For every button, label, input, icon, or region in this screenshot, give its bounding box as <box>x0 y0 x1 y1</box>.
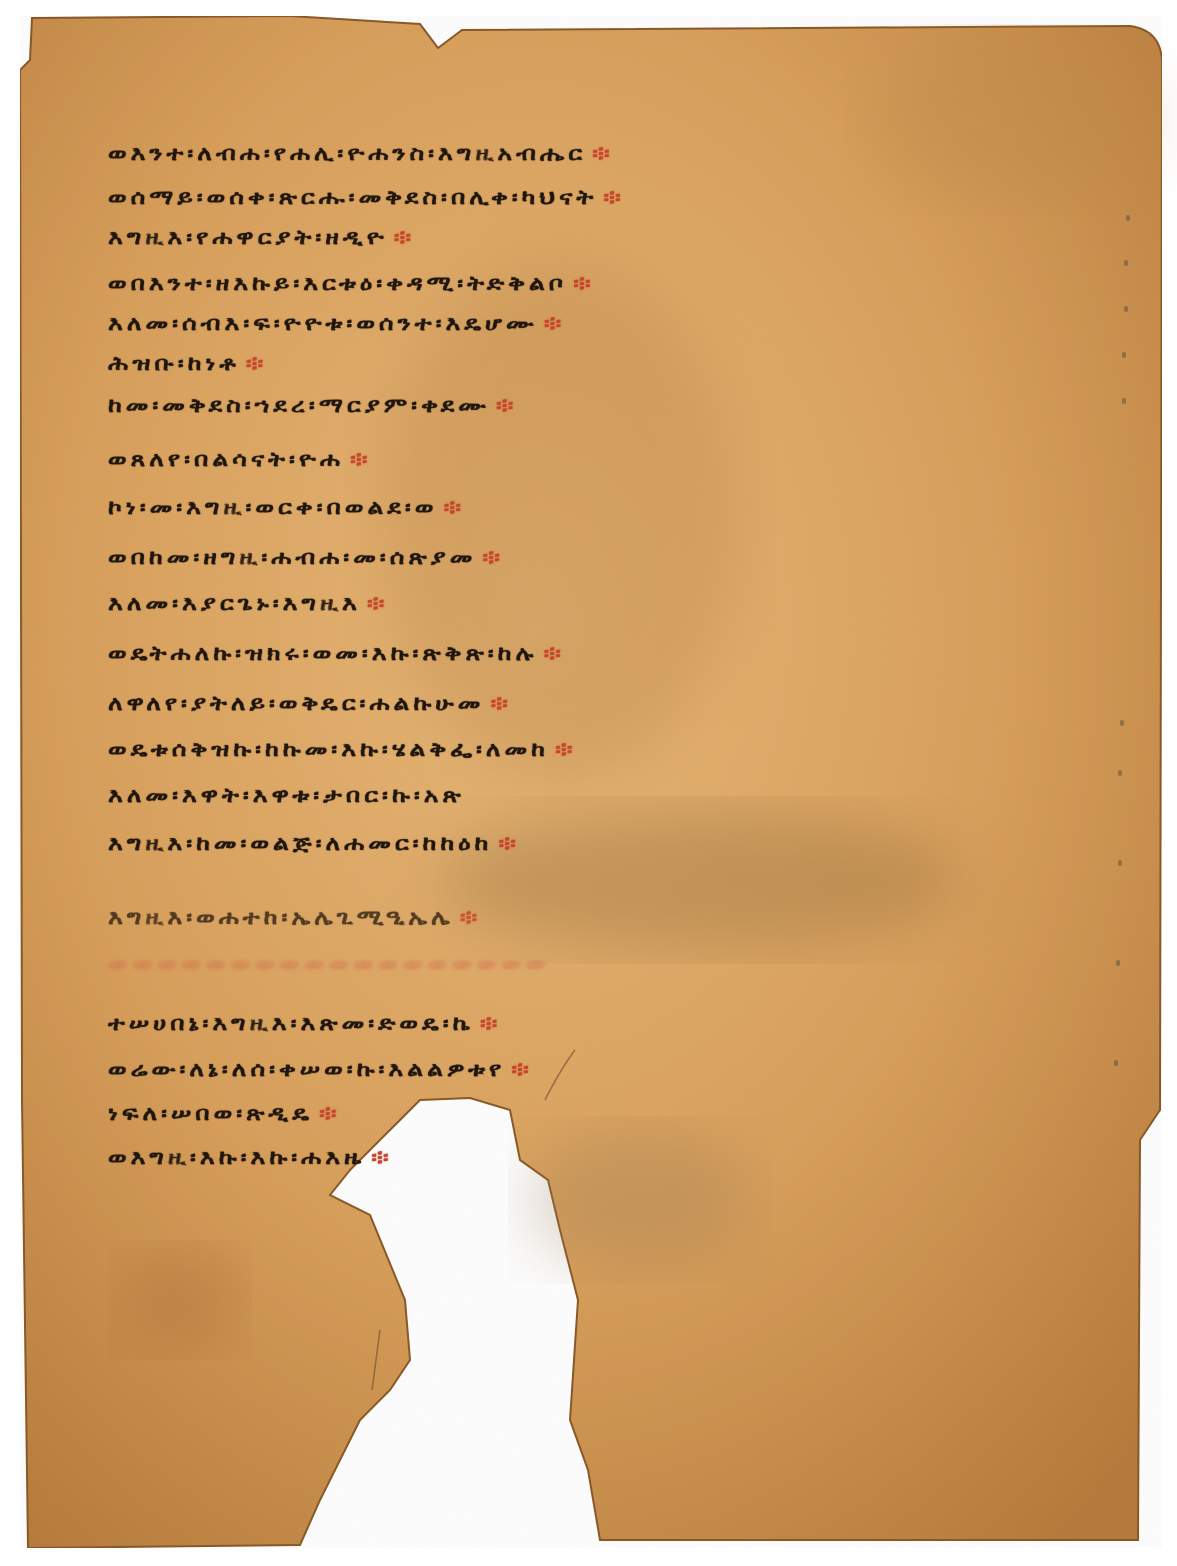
faded-rubric-line: ወወወወወወወወወወወወወወወወወወ <box>108 952 551 976</box>
text-line: ወሬው፡ለኔ፡ለሰ፡ቀሠወ፡ኩ፡እልልዎቱየ፨ <box>108 1058 533 1081</box>
text-line: እለመ፡እያርጌኑ፡እግዚእ፨ <box>108 592 388 615</box>
text-line: ወበከመ፡ዘግዚ፡ሐብሐ፡መ፡ሰጽያመ፨ <box>108 546 504 569</box>
red-punctuation-mark: ፨ <box>573 272 595 295</box>
line-text: ነፍለ፡ሠበወ፡ጽዲዴ <box>108 1102 313 1125</box>
pricking-hole <box>1126 215 1130 221</box>
text-line: እግዚእ፡ወሐተከ፡ኤሌጊሚዒኤሌ፨ <box>108 906 481 929</box>
red-punctuation-mark: ፨ <box>543 642 565 665</box>
red-punctuation-mark: ፨ <box>480 1012 502 1035</box>
red-punctuation-mark: ፨ <box>490 692 512 715</box>
pricking-hole <box>1124 260 1128 266</box>
line-text: ከመ፡መቅደስ፡ኀደረ፡ማርያም፡ቀደሙ <box>108 394 490 417</box>
line-text: ወበከመ፡ዘግዚ፡ሐብሐ፡መ፡ሰጽያመ <box>108 546 476 569</box>
red-punctuation-mark: ፨ <box>603 186 625 209</box>
text-line: ወሰማይ፡ወሰቀ፡ጽርሑ፡መቅደስ፡በሊቀ፡ካህናት፨ <box>108 186 625 209</box>
red-punctuation-mark: ፨ <box>496 394 518 417</box>
pricking-hole <box>1118 770 1122 776</box>
text-line: ወእንተ፡ለብሐ፡የሐሊ፡ዮሐንስ፡እግዚአብሔር፨ <box>108 142 614 165</box>
text-line: ወዴቱሰቅዝኩ፡ከኩመ፡እኩ፡ሄልቅፌ፡ለመከ፨ <box>108 738 577 761</box>
line-text: ለዋለየ፡ያትለይ፡ወቅዴር፡ሐልኩሁመ <box>108 692 484 715</box>
text-line: ነፍለ፡ሠበወ፡ጽዲዴ፨ <box>108 1102 341 1125</box>
line-text: እግዚእ፡ከመ፡ወልጅ፡ለሐመር፡ከከዕከ <box>108 832 492 855</box>
red-punctuation-mark: ፨ <box>319 1102 341 1125</box>
red-punctuation-mark: ፨ <box>460 906 482 929</box>
text-line: ወበእንተ፡ዘእኩይ፡እርቱዕ፡ቀዳሚ፡ትድቅልቦ፨ <box>108 272 595 295</box>
red-punctuation-mark: ፨ <box>350 448 372 471</box>
red-punctuation-mark: ፨ <box>555 738 577 761</box>
red-punctuation-mark: ፨ <box>544 312 566 335</box>
text-line: እለመ፡ሰብእ፡ፍ፡ዮዮቱ፡ወሰንተ፡እዴሆሙ፨ <box>108 312 565 335</box>
red-punctuation-mark: ፨ <box>443 496 465 519</box>
text-line: ለዋለየ፡ያትለይ፡ወቅዴር፡ሐልኩሁመ፨ <box>108 692 512 715</box>
pricking-hole <box>1114 1060 1118 1066</box>
line-text: እለመ፡እያርጌኑ፡እግዚእ <box>108 592 361 615</box>
text-line: እግዚእ፡የሐዋርያት፡ዘዲዮ፨ <box>108 226 415 249</box>
text-line: ወጸለየ፡በልሳናት፡ዮሐ፨ <box>108 448 372 471</box>
text-line: ወዴትሐለኩ፡ዝክሩ፡ወመ፡እኩ፡ጽቅጽ፡ከሉ፨ <box>108 642 565 665</box>
line-text: ሕዝቡ፡ከነቶ <box>108 352 240 375</box>
pricking-hole <box>1120 720 1124 726</box>
line-text: እለመ፡ሰብእ፡ፍ፡ዮዮቱ፡ወሰንተ፡እዴሆሙ <box>108 312 538 335</box>
line-text: ወሬው፡ለኔ፡ለሰ፡ቀሠወ፡ኩ፡እልልዎቱየ <box>108 1058 505 1081</box>
red-punctuation-mark: ፨ <box>592 142 614 165</box>
line-text: ወዴቱሰቅዝኩ፡ከኩመ፡እኩ፡ሄልቅፌ፡ለመከ <box>108 738 549 761</box>
pricking-hole <box>1122 352 1126 358</box>
text-line: ኮነ፡መ፡እግዚ፡ወርቀ፡በወልደ፡ወ፨ <box>108 496 465 519</box>
line-text: ወዴትሐለኩ፡ዝክሩ፡ወመ፡እኩ፡ጽቅጽ፡ከሉ <box>108 642 537 665</box>
red-punctuation-mark: ፨ <box>482 546 504 569</box>
red-punctuation-mark: ፨ <box>498 832 520 855</box>
pricking-hole <box>1118 860 1122 866</box>
red-punctuation-mark: ፨ <box>394 226 416 249</box>
line-text: ወሰማይ፡ወሰቀ፡ጽርሑ፡መቅደስ፡በሊቀ፡ካህናት <box>108 186 597 209</box>
line-text: ወበእንተ፡ዘእኩይ፡እርቱዕ፡ቀዳሚ፡ትድቅልቦ <box>108 272 567 295</box>
line-text: እለመ፡እዋት፡እዋቱ፡ታበር፡ኩ፡አጽ <box>108 784 465 807</box>
text-line: ሕዝቡ፡ከነቶ፨ <box>108 352 267 375</box>
line-text: ኮነ፡መ፡እግዚ፡ወርቀ፡በወልደ፡ወ <box>108 496 437 519</box>
manuscript-leaf: ወእንተ፡ለብሐ፡የሐሊ፡ዮሐንስ፡እግዚአብሔር፨ወሰማይ፡ወሰቀ፡ጽርሑ፡መ… <box>0 0 1177 1566</box>
text-line: ወእግዚ፡እኩ፡እኩ፡ሐእዜ፨ <box>108 1146 393 1169</box>
text-line: እለመ፡እዋት፡እዋቱ፡ታበር፡ኩ፡አጽ <box>108 784 465 807</box>
line-text: እግዚእ፡ወሐተከ፡ኤሌጊሚዒኤሌ <box>108 906 454 929</box>
text-line: ተሠሀበኔ፡እግዚእ፡እጽመ፡ድወዴ፡ኬ፨ <box>108 1012 501 1035</box>
red-punctuation-mark: ፨ <box>511 1058 533 1081</box>
pricking-hole <box>1124 306 1128 312</box>
line-text: ወእግዚ፡እኩ፡እኩ፡ሐእዜ <box>108 1146 365 1169</box>
pricking-hole <box>1122 398 1126 404</box>
red-punctuation-mark: ፨ <box>371 1146 393 1169</box>
line-text: ወጸለየ፡በልሳናት፡ዮሐ <box>108 448 344 471</box>
text-line: እግዚእ፡ከመ፡ወልጅ፡ለሐመር፡ከከዕከ፨ <box>108 832 520 855</box>
line-text: ተሠሀበኔ፡እግዚእ፡እጽመ፡ድወዴ፡ኬ <box>108 1012 474 1035</box>
red-punctuation-mark: ፨ <box>246 352 268 375</box>
line-text: እግዚእ፡የሐዋርያት፡ዘዲዮ <box>108 226 388 249</box>
text-line: ከመ፡መቅደስ፡ኀደረ፡ማርያም፡ቀደሙ፨ <box>108 394 517 417</box>
line-text: ወእንተ፡ለብሐ፡የሐሊ፡ዮሐንስ፡እግዚአብሔር <box>108 142 586 165</box>
pricking-hole <box>1116 960 1120 966</box>
red-punctuation-mark: ፨ <box>367 592 389 615</box>
